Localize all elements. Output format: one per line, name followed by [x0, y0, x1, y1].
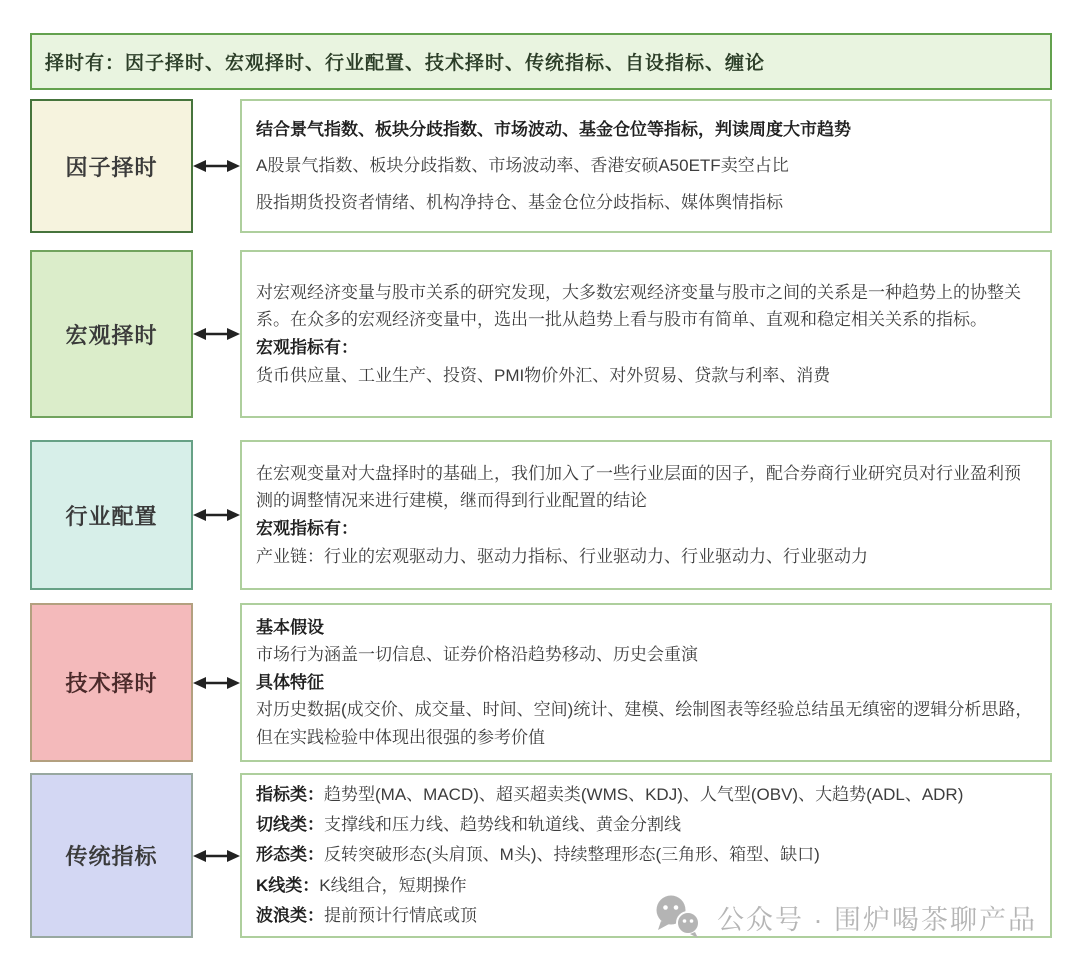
- text-line: 基本假设: [256, 614, 1034, 642]
- text-line: 在宏观变量对大盘择时的基础上，我们加入了一些行业层面的因子，配合券商行业研究员对…: [256, 460, 1034, 515]
- label-industry-allocation-text: 行业配置: [65, 500, 157, 531]
- row-technical-timing: 技术择时 基本假设 市场行为涵盖一切信息、证券价格沿趋势移动、历史会重演 具体特…: [0, 603, 1080, 762]
- text-line: 具体特征: [256, 669, 1034, 697]
- label-macro-timing-text: 宏观择时: [65, 319, 157, 350]
- text-line: 货币供应量、工业生产、投资、PMI物价外汇、对外贸易、贷款与利率、消费: [256, 362, 1034, 390]
- label-traditional-indicators: 传统指标: [30, 773, 193, 938]
- double-arrow-icon: [193, 773, 240, 938]
- content-macro-timing: 对宏观经济变量与股市关系的研究发现，大多数宏观经济变量与股市之间的关系是一种趋势…: [240, 250, 1052, 418]
- label-macro-timing: 宏观择时: [30, 250, 193, 418]
- text-line: 股指期货投资者情绪、机构净持仓、基金仓位分歧指标、媒体舆情指标: [256, 189, 1034, 217]
- text-line: 宏观指标有：: [256, 334, 1034, 362]
- row-industry-allocation: 行业配置 在宏观变量对大盘择时的基础上，我们加入了一些行业层面的因子，配合券商行…: [0, 440, 1080, 590]
- text-line: 指标类：趋势型(MA、MACD)、超买超卖类(WMS、KDJ)、人气型(OBV)…: [256, 780, 1034, 810]
- row-factor-timing: 因子择时 结合景气指数、板块分歧指数、市场波动、基金仓位等指标，判读周度大市趋势…: [0, 99, 1080, 233]
- text-line: 对宏观经济变量与股市关系的研究发现，大多数宏观经济变量与股市之间的关系是一种趋势…: [256, 279, 1034, 334]
- label-factor-timing-text: 因子择时: [65, 151, 157, 182]
- content-industry-allocation: 在宏观变量对大盘择时的基础上，我们加入了一些行业层面的因子，配合券商行业研究员对…: [240, 440, 1052, 590]
- watermark-text: 公众号 · 围炉喝茶聊产品: [717, 898, 1037, 937]
- text-line: 结合景气指数、板块分歧指数、市场波动、基金仓位等指标，判读周度大市趋势: [256, 116, 1034, 144]
- double-arrow-icon: [193, 440, 240, 590]
- text-line: A股景气指数、板块分歧指数、市场波动率、香港安硕A50ETF卖空占比: [256, 152, 1034, 180]
- label-factor-timing: 因子择时: [30, 99, 193, 233]
- label-industry-allocation: 行业配置: [30, 440, 193, 590]
- double-arrow-icon: [193, 603, 240, 762]
- text-line: 市场行为涵盖一切信息、证券价格沿趋势移动、历史会重演: [256, 641, 1034, 669]
- label-technical-timing: 技术择时: [30, 603, 193, 762]
- content-factor-timing: 结合景气指数、板块分歧指数、市场波动、基金仓位等指标，判读周度大市趋势 A股景气…: [240, 99, 1052, 233]
- text-line: 宏观指标有：: [256, 515, 1034, 543]
- double-arrow-icon: [193, 250, 240, 418]
- header-banner: 择时有：因子择时、宏观择时、行业配置、技术择时、传统指标、自设指标、缠论: [30, 33, 1052, 90]
- header-text: 择时有：因子择时、宏观择时、行业配置、技术择时、传统指标、自设指标、缠论: [45, 48, 765, 75]
- double-arrow-icon: [193, 99, 240, 233]
- watermark: 公众号 · 围炉喝茶聊产品: [653, 891, 1037, 943]
- text-line: 形态类：反转突破形态(头肩顶、M头)、持续整理形态(三角形、箱型、缺口): [256, 840, 1034, 870]
- row-macro-timing: 宏观择时 对宏观经济变量与股市关系的研究发现，大多数宏观经济变量与股市之间的关系…: [0, 250, 1080, 418]
- text-line: 切线类：支撑线和压力线、趋势线和轨道线、黄金分割线: [256, 810, 1034, 840]
- text-line: 产业链：行业的宏观驱动力、驱动力指标、行业驱动力、行业驱动力、行业驱动力: [256, 543, 1034, 571]
- content-technical-timing: 基本假设 市场行为涵盖一切信息、证券价格沿趋势移动、历史会重演 具体特征 对历史…: [240, 603, 1052, 762]
- text-line: 对历史数据(成交价、成交量、时间、空间)统计、建模、绘制图表等经验总结虽无缜密的…: [256, 696, 1034, 751]
- label-technical-timing-text: 技术择时: [65, 667, 157, 698]
- label-traditional-indicators-text: 传统指标: [65, 840, 157, 871]
- wechat-icon: [653, 894, 705, 940]
